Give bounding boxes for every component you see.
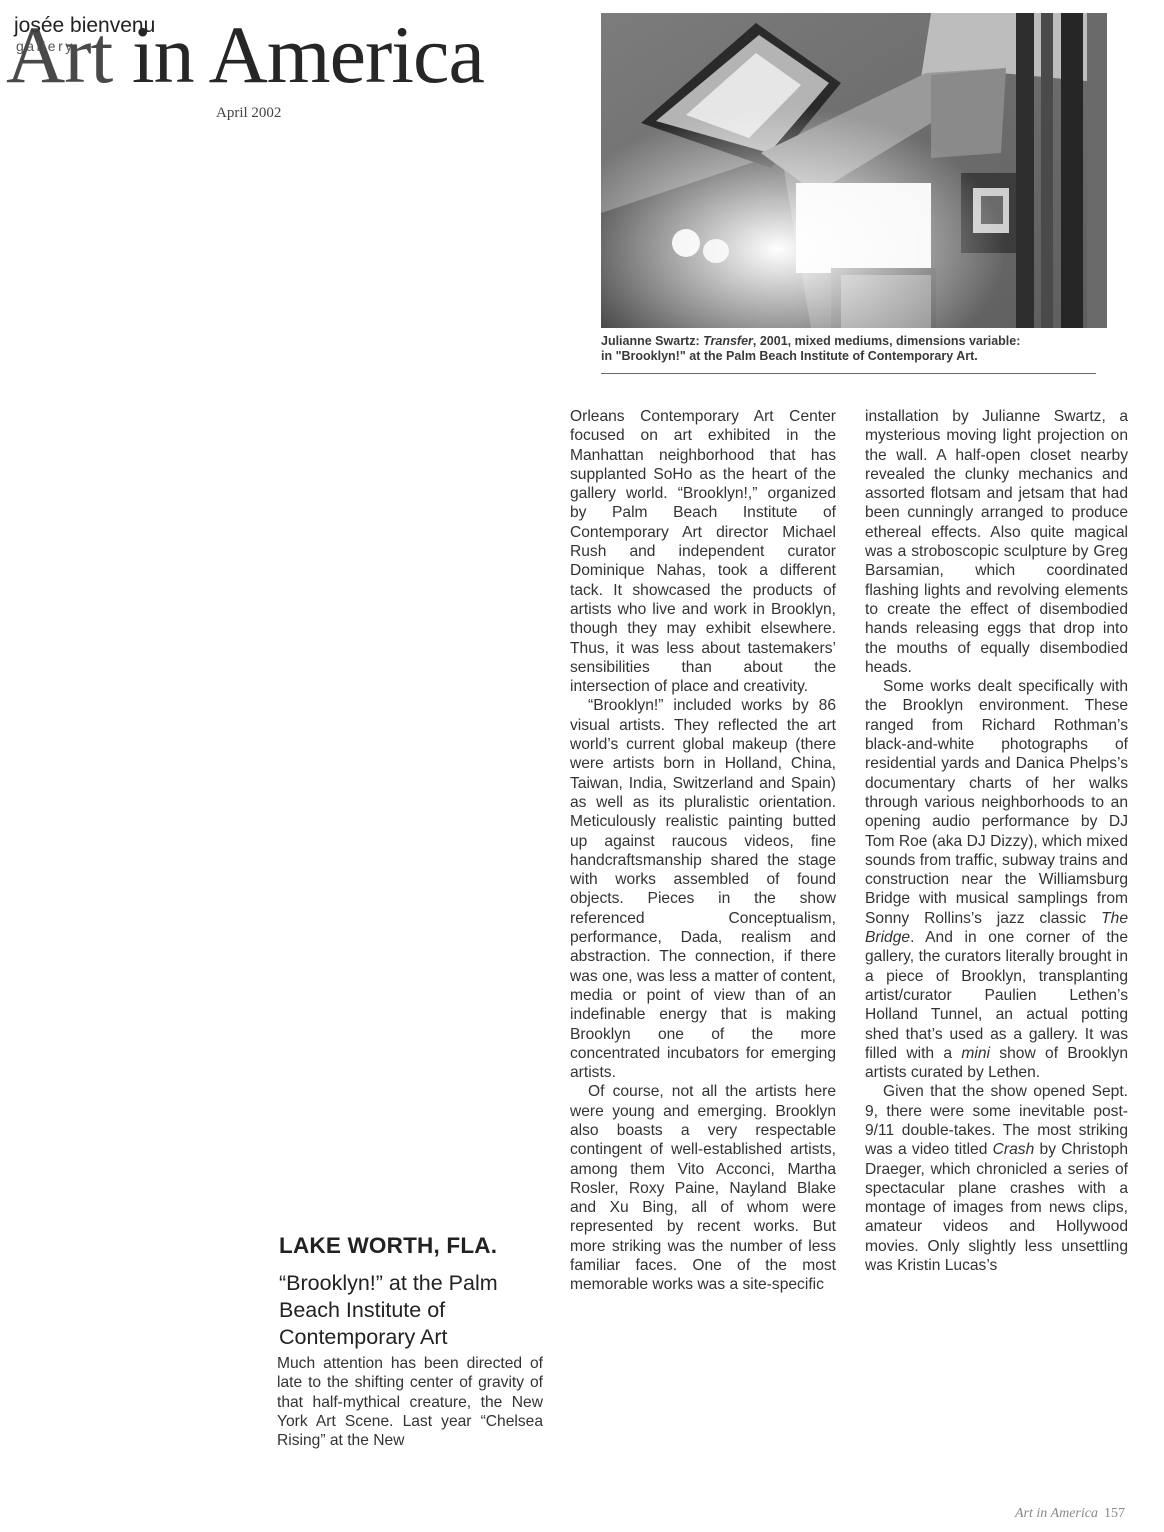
- article-column-2: Orleans Contemporary Art Center focused …: [570, 407, 836, 1295]
- article-kicker: LAKE WORTH, FLA.: [279, 1233, 497, 1259]
- text-run: . And in one corner of the gallery, the …: [865, 929, 1128, 1062]
- issue-date: April 2002: [216, 105, 281, 122]
- page-number: 157: [1104, 1506, 1125, 1521]
- emphasis: mini: [961, 1045, 990, 1062]
- gallery-sub: gallery: [16, 39, 75, 53]
- photo-image-icon: [601, 13, 1107, 328]
- caption-details: , 2001, mixed mediums, dimensions variab…: [753, 334, 1020, 348]
- article-headline: “Brooklyn!” at the Palm Beach Institute …: [279, 1270, 559, 1351]
- paragraph: installation by Julianne Swartz, a myste…: [865, 407, 1128, 677]
- caption-line-1: Julianne Swartz: Transfer, 2001, mixed m…: [601, 334, 1121, 349]
- magazine-masthead: Art in America: [6, 14, 484, 96]
- caption-line-2: in "Brooklyn!" at the Palm Beach Institu…: [601, 349, 1121, 364]
- text-run: by Christoph Draeger, which chronicled a…: [865, 1141, 1128, 1274]
- paragraph: “Brooklyn!” included works by 86 visual …: [570, 696, 836, 1082]
- masthead-in-america: in America: [112, 9, 484, 100]
- caption-artist: Julianne Swartz:: [601, 334, 703, 348]
- paragraph: Some works dealt specifically with the B…: [865, 677, 1128, 1082]
- caption-work-title: Transfer: [703, 334, 753, 348]
- installation-photo: [601, 13, 1107, 328]
- photo-caption: Julianne Swartz: Transfer, 2001, mixed m…: [601, 334, 1121, 364]
- article-column-1: Much attention has been directed of late…: [277, 1354, 543, 1450]
- masthead-art: Art: [6, 9, 112, 100]
- paragraph: Much attention has been directed of late…: [277, 1354, 543, 1450]
- caption-divider: [601, 373, 1096, 374]
- page-footer: Art in America157: [1015, 1506, 1125, 1522]
- text-run: Some works dealt specifically with the B…: [865, 678, 1128, 927]
- work-title: Crash: [993, 1141, 1035, 1158]
- paragraph: Given that the show opened Sept. 9, ther…: [865, 1082, 1128, 1275]
- paragraph: Orleans Contemporary Art Center focused …: [570, 407, 836, 696]
- article-column-3: installation by Julianne Swartz, a myste…: [865, 407, 1128, 1275]
- footer-magazine: Art in America: [1015, 1506, 1098, 1521]
- paragraph: Of course, not all the artists here were…: [570, 1082, 836, 1294]
